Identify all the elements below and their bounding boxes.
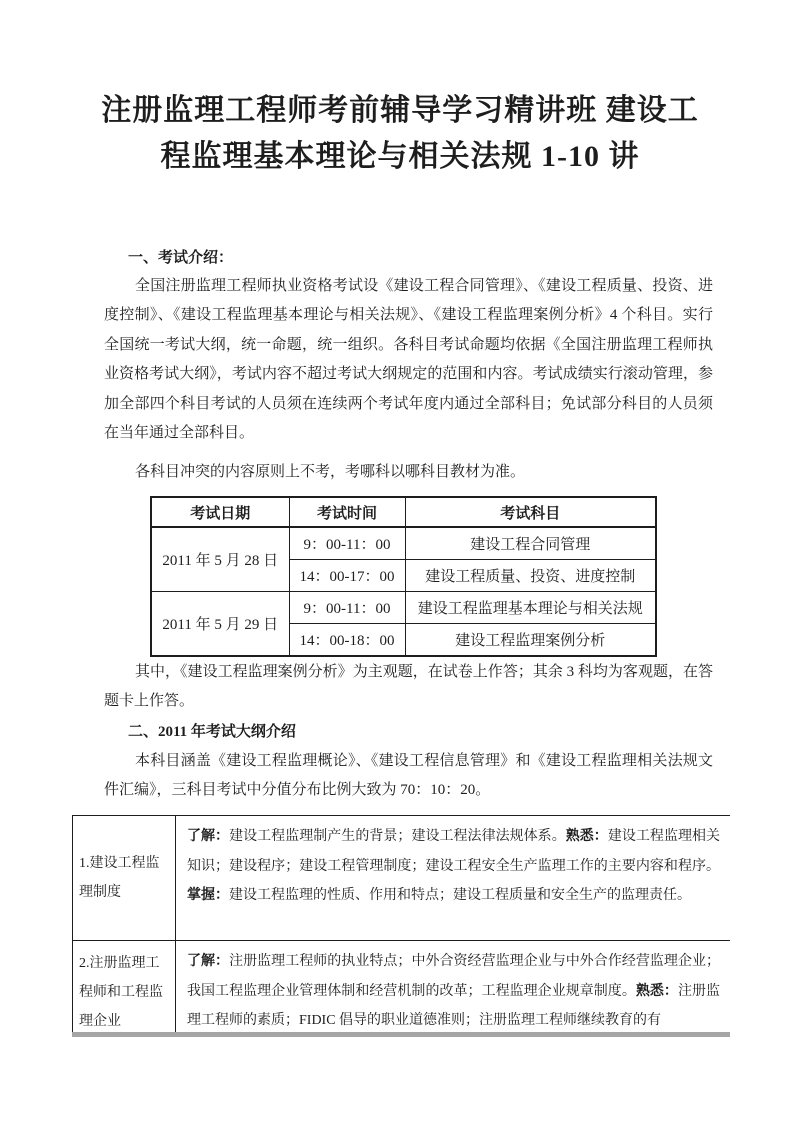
exam-table-header-row: 考试日期 考试时间 考试科目 xyxy=(151,497,656,527)
paragraph-conflict-note: 各科目冲突的内容原则上不考，考哪科以哪科目教材为准。 xyxy=(104,458,713,487)
exam-subject-day2-am: 建设工程监理基本理论与相关法规 xyxy=(405,592,656,624)
exam-schedule-table: 考试日期 考试时间 考试科目 2011 年 5 月 28 日 9：00-11：0… xyxy=(150,496,657,657)
table-row: 2011 年 5 月 28 日 9：00-11：00 建设工程合同管理 xyxy=(151,527,656,560)
section-heading-syllabus: 二、2011 年考试大纲介绍 xyxy=(128,721,296,743)
exam-table-header-subject: 考试科目 xyxy=(405,497,656,527)
exam-time-day2-am: 9：00-11：00 xyxy=(289,592,405,624)
exam-date-day2: 2011 年 5 月 29 日 xyxy=(151,592,289,657)
exam-date-day1: 2011 年 5 月 28 日 xyxy=(151,527,289,592)
exam-time-day1-pm: 14：00-17：00 xyxy=(289,560,405,592)
page-title: 注册监理工程师考前辅导学习精讲班 建设工 程监理基本理论与相关法规 1-10 讲 xyxy=(50,88,750,180)
requirement-label: 熟悉： xyxy=(636,984,678,999)
exam-subject-day2-pm: 建设工程监理案例分析 xyxy=(405,624,656,657)
exam-subject-day1-am: 建设工程合同管理 xyxy=(405,527,656,560)
requirement-label: 熟悉： xyxy=(566,829,608,844)
requirement-text: 建设工程监理制产生的背景；建设工程法律法规体系。 xyxy=(229,829,566,844)
requirement-text: 建设工程监理的性质、作用和特点；建设工程质量和安全生产的监理责任。 xyxy=(229,888,691,903)
exam-subject-day1-pm: 建设工程质量、投资、进度控制 xyxy=(405,560,656,592)
page-title-line2: 程监理基本理论与相关法规 1-10 讲 xyxy=(50,134,750,180)
syllabus-topic-1: 1.建设工程监理制度 xyxy=(73,816,176,941)
requirement-label: 了解： xyxy=(187,829,229,844)
syllabus-topic-2: 2.注册监理工程师和工程监理企业 xyxy=(73,941,176,1038)
syllabus-table: 1.建设工程监理制度 了解：建设工程监理制产生的背景；建设工程法律法规体系。熟悉… xyxy=(72,815,730,1037)
paragraph-syllabus-scope: 本科目涵盖《建设工程监理概论》、《建设工程信息管理》和《建设工程监理相关法规文件… xyxy=(104,747,713,806)
exam-time-day2-pm: 14：00-18：00 xyxy=(289,624,405,657)
document-page: 注册监理工程师考前辅导学习精讲班 建设工 程监理基本理论与相关法规 1-10 讲… xyxy=(0,0,800,1132)
syllabus-table-region: 1.建设工程监理制度 了解：建设工程监理制产生的背景；建设工程法律法规体系。熟悉… xyxy=(72,815,730,1037)
page-title-line1: 注册监理工程师考前辅导学习精讲班 建设工 xyxy=(50,88,750,134)
paragraph-answer-format: 其中，《建设工程监理案例分析》为主观题，在试卷上作答；其余 3 科均为客观题，在… xyxy=(104,658,713,717)
exam-table-header-time: 考试时间 xyxy=(289,497,405,527)
table-row: 2.注册监理工程师和工程监理企业 了解：注册监理工程师的执业特点；中外合资经营监… xyxy=(73,941,731,1038)
table-row: 2011 年 5 月 29 日 9：00-11：00 建设工程监理基本理论与相关… xyxy=(151,592,656,624)
syllabus-detail-1: 了解：建设工程监理制产生的背景；建设工程法律法规体系。熟悉：建设工程监理相关知识… xyxy=(176,816,731,941)
paragraph-exam-overview: 全国注册监理工程师执业资格考试设《建设工程合同管理》、《建设工程质量、投资、进度… xyxy=(104,272,713,448)
requirement-label: 了解： xyxy=(187,954,229,969)
section-heading-exam-intro: 一、考试介绍： xyxy=(128,247,233,269)
exam-table-header-date: 考试日期 xyxy=(151,497,289,527)
syllabus-detail-2: 了解：注册监理工程师的执业特点；中外合资经营监理企业与中外合作经营监理企业；我国… xyxy=(176,941,731,1038)
requirement-label: 掌握： xyxy=(187,888,229,903)
table-row: 1.建设工程监理制度 了解：建设工程监理制产生的背景；建设工程法律法规体系。熟悉… xyxy=(73,816,731,941)
exam-time-day1-am: 9：00-11：00 xyxy=(289,527,405,560)
page-cut-edge xyxy=(72,1032,730,1037)
